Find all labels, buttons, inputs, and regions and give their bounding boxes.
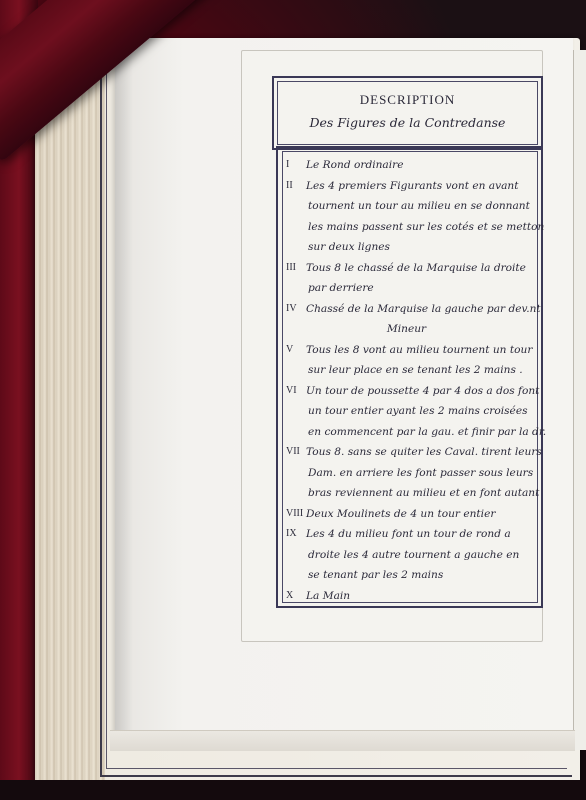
figure-line: Mineur xyxy=(306,319,537,340)
title-cartouche-inner-border xyxy=(277,81,538,145)
bottom-shadow xyxy=(0,780,586,800)
figure-line: sur deux lignes xyxy=(306,237,537,258)
figure-numeral: IX xyxy=(286,524,297,545)
figure-line: Tous 8. sans se quiter les Caval. tirent… xyxy=(306,442,537,463)
figure-line: droite les 4 autre tournent a gauche en xyxy=(306,545,537,566)
figure-item-6: VI Un tour de poussette 4 par 4 dos a do… xyxy=(286,381,537,443)
figure-line: Un tour de poussette 4 par 4 dos a dos f… xyxy=(306,381,537,402)
figure-numeral: I xyxy=(286,155,289,176)
figure-line: en commencent par la gau. et finir par l… xyxy=(306,422,537,443)
title-cartouche: DESCRIPTION Des Figures de la Contredans… xyxy=(272,76,543,150)
figure-line: La Main xyxy=(306,586,537,607)
figure-numeral: X xyxy=(286,586,293,607)
right-page-leaf xyxy=(573,50,586,750)
figure-line: sur leur place en se tenant les 2 mains … xyxy=(306,360,537,381)
figure-line: par derriere xyxy=(306,278,537,299)
figure-numeral: VII xyxy=(286,442,300,463)
figure-numeral: II xyxy=(286,176,293,197)
figure-line: un tour entier ayant les 2 mains croisée… xyxy=(306,401,537,422)
figure-line: Les 4 du milieu font un tour de rond a xyxy=(306,524,537,545)
figure-item-8: VIII Deux Moulinets de 4 un tour entier xyxy=(286,504,537,525)
figure-line: Tous les 8 vont au milieu tournent un to… xyxy=(306,340,537,361)
figure-line: Tous 8 le chassé de la Marquise la droit… xyxy=(306,258,537,279)
figure-item-10: X La Main xyxy=(286,586,537,607)
figure-item-2: II Les 4 premiers Figurants vont en avan… xyxy=(286,176,537,258)
figure-line: bras reviennent au milieu et en font aut… xyxy=(306,483,537,504)
figures-list-frame: I Le Rond ordinaire II Les 4 premiers Fi… xyxy=(276,146,543,608)
figure-numeral: V xyxy=(286,340,293,361)
figure-item-1: I Le Rond ordinaire xyxy=(286,155,537,176)
figure-line: Le Rond ordinaire xyxy=(306,155,537,176)
page-edges xyxy=(35,38,105,783)
figure-item-5: V Tous les 8 vont au milieu tournent un … xyxy=(286,340,537,381)
gutter-shadow xyxy=(115,38,133,743)
figure-item-7: VII Tous 8. sans se quiter les Caval. ti… xyxy=(286,442,537,504)
figure-line: tournent un tour au milieu en se donnant xyxy=(306,196,537,217)
plate-subtitle: Des Figures de la Contredanse xyxy=(284,115,531,130)
figures-list: I Le Rond ordinaire II Les 4 premiers Fi… xyxy=(286,155,537,606)
figure-item-3: III Tous 8 le chassé de la Marquise la d… xyxy=(286,258,537,299)
figure-item-9: IX Les 4 du milieu font un tour de rond … xyxy=(286,524,537,586)
figure-line: les mains passent sur les cotés et se me… xyxy=(306,217,537,238)
torn-page-edge xyxy=(110,730,575,751)
figure-line: Dam. en arriere les font passer sous leu… xyxy=(306,463,537,484)
figure-numeral: III xyxy=(286,258,296,279)
plate-title: DESCRIPTION xyxy=(274,92,541,108)
figure-line: se tenant par les 2 mains xyxy=(306,565,537,586)
figure-line: Chassé de la Marquise la gauche par dev.… xyxy=(306,299,537,320)
figure-line: Les 4 premiers Figurants vont en avant xyxy=(306,176,537,197)
figure-numeral: VIII xyxy=(286,504,303,525)
figure-item-4: IV Chassé de la Marquise la gauche par d… xyxy=(286,299,537,340)
figure-numeral: IV xyxy=(286,299,297,320)
figure-line: Deux Moulinets de 4 un tour entier xyxy=(306,504,537,525)
figure-numeral: VI xyxy=(286,381,297,402)
